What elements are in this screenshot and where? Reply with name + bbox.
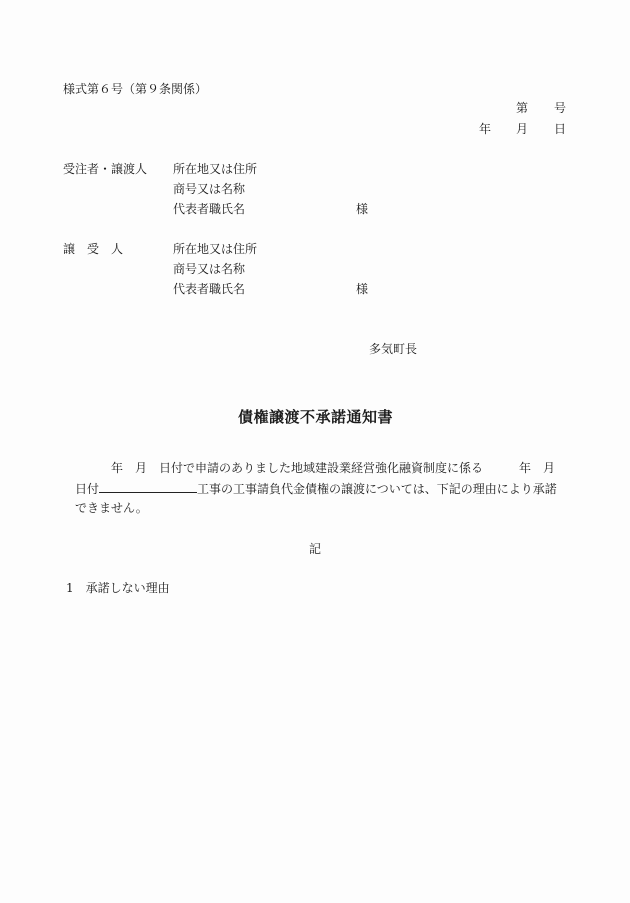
assignor-rep-label: 代表者職氏名 bbox=[173, 202, 245, 216]
issuer: 多気町長 bbox=[369, 342, 417, 356]
assignor-address-label: 所在地又は住所 bbox=[173, 162, 257, 176]
number-go: 号 bbox=[554, 101, 566, 115]
assignor-name-label: 商号又は名称 bbox=[173, 182, 245, 196]
number-dai: 第 bbox=[516, 101, 528, 115]
form-label: 様式第６号（第９条関係） bbox=[63, 82, 207, 96]
project-name-blank bbox=[99, 481, 197, 493]
assignee-name-label: 商号又は名称 bbox=[173, 262, 245, 276]
assignee-address-label: 所在地又は住所 bbox=[173, 242, 257, 256]
ki-heading: 記 bbox=[309, 542, 321, 556]
assignee-role: 譲 受 人 bbox=[63, 242, 123, 256]
document-title: 債権譲渡不承諾通知書 bbox=[238, 410, 393, 424]
body-line-2-suffix: 工事の工事請負代金債権の譲渡については、下記の理由により承諾 bbox=[197, 482, 557, 496]
date-day: 日 bbox=[554, 122, 566, 136]
assignee-rep-label: 代表者職氏名 bbox=[173, 282, 245, 296]
assignee-honorific: 様 bbox=[356, 282, 368, 296]
item-1: 1 承諾しない理由 bbox=[66, 581, 170, 595]
date-year: 年 bbox=[479, 122, 491, 136]
body-line-1: 年 月 日付で申請のありました地域建設業経営強化融資制度に係る 年 月 bbox=[111, 461, 555, 475]
body-line-2-prefix: 日付 bbox=[75, 482, 99, 496]
body-line-2: 日付工事の工事請負代金債権の譲渡については、下記の理由により承諾 bbox=[75, 481, 557, 496]
assignor-honorific: 様 bbox=[356, 202, 368, 216]
body-line-3: できません。 bbox=[75, 501, 148, 515]
assignor-role: 受注者・譲渡人 bbox=[63, 162, 147, 176]
date-month: 月 bbox=[516, 122, 528, 136]
